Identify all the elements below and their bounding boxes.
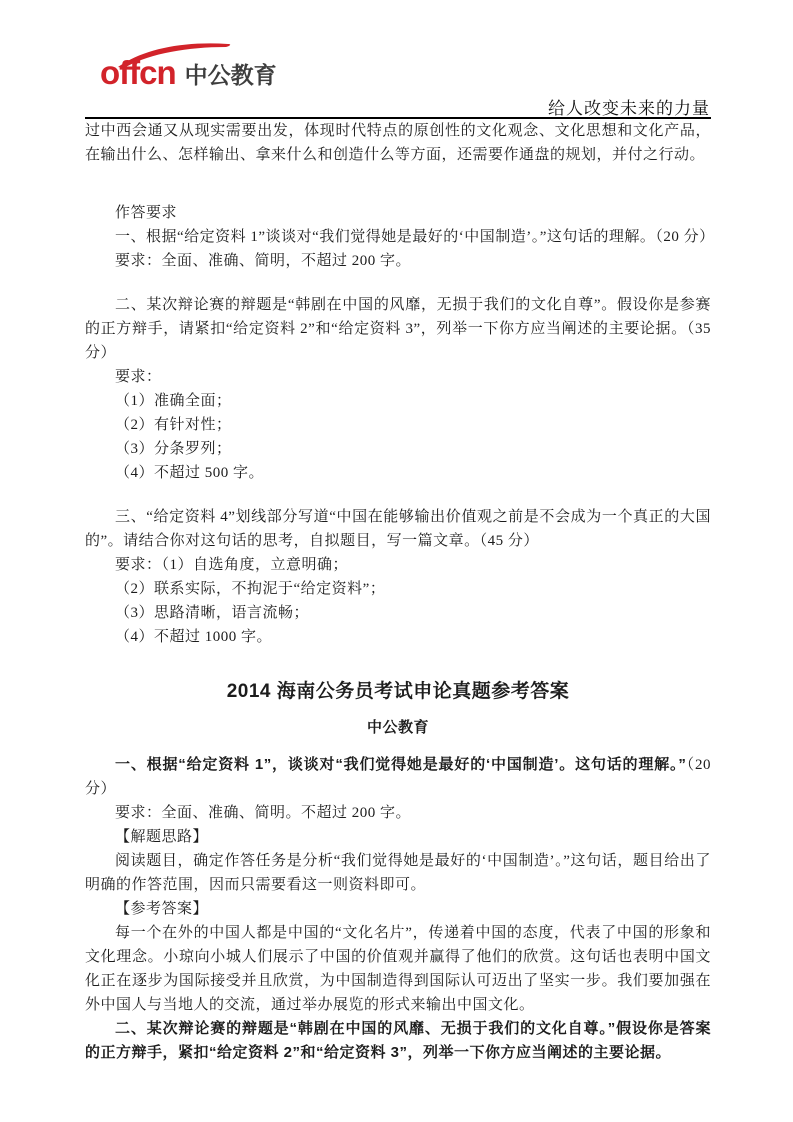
- question-1: 一、根据“给定资料 1”谈谈对“我们觉得她是最好的‘中国制造’。”这句话的理解。…: [85, 225, 711, 249]
- offcn-logo: offcn 中公教育: [100, 56, 277, 89]
- bold-text-run: 一、根据“给定资料 1”，谈谈对“我们觉得她是最好的‘中国制造’。这句话的理解。…: [115, 756, 686, 773]
- question-3: 三、“给定资料 4”划线部分写道“中国在能够输出价值观之前是不会成为一个真正的大…: [85, 505, 711, 553]
- question-2-requirement-label: 要求：: [85, 365, 711, 389]
- answer-question-1-requirement: 要求：全面、准确、简明。不超过 200 字。: [85, 801, 711, 825]
- slogan-text: 给人改变未来的力量: [548, 94, 710, 119]
- continuation-paragraph: 过中西会通又从现实需要出发，体现时代特点的原创性的文化观念、文化思想和文化产品，…: [85, 119, 711, 167]
- analysis-paragraph: 阅读题目，确定作答任务是分析“我们觉得她是最好的‘中国制造’。”这句话，题目给出…: [85, 849, 711, 897]
- question-2: 二、某次辩论赛的辩题是“韩剧在中国的风靡，无损于我们的文化自尊”。假设你是参赛的…: [85, 293, 711, 365]
- reference-answer-paragraph: 每一个在外的中国人都是中国的“文化名片”，传递着中国的态度，代表了中国的形象和文…: [85, 921, 711, 1017]
- question-3-requirement-1: 要求：（1）自选角度，立意明确；: [85, 553, 711, 577]
- question-3-requirement-4: （4）不超过 1000 字。: [85, 625, 711, 649]
- answers-subtitle: 中公教育: [85, 717, 711, 739]
- question-3-requirement-2: （2）联系实际，不拘泥于“给定资料”；: [85, 577, 711, 601]
- question-2-requirement-4: （4）不超过 500 字。: [85, 461, 711, 485]
- question-3-requirement-3: （3）思路清晰，语言流畅；: [85, 601, 711, 625]
- answer-requirements-heading: 作答要求: [85, 201, 711, 225]
- question-2-requirement-3: （3）分条罗列；: [85, 437, 711, 461]
- logo-swoosh-icon: [116, 41, 234, 74]
- question-1-requirement: 要求：全面、准确、简明，不超过 200 字。: [85, 249, 711, 273]
- question-2-requirement-1: （1）准确全面；: [85, 389, 711, 413]
- document-page: offcn 中公教育 给人改变未来的力量 过中西会通又从现实需要出发，体现时代特…: [0, 0, 793, 1122]
- answers-title: 2014 海南公务员考试申论真题参考答案: [85, 677, 711, 707]
- answer-question-2: 二、某次辩论赛的辩题是“韩剧在中国的风靡、无损于我们的文化自尊。”假设你是答案的…: [85, 1017, 711, 1065]
- question-2-requirement-2: （2）有针对性；: [85, 413, 711, 437]
- analysis-label: 【解题思路】: [85, 825, 711, 849]
- answer-question-1: 一、根据“给定资料 1”，谈谈对“我们觉得她是最好的‘中国制造’。这句话的理解。…: [85, 753, 711, 801]
- document-body: 过中西会通又从现实需要出发，体现时代特点的原创性的文化观念、文化思想和文化产品，…: [85, 119, 711, 1065]
- reference-answer-label: 【参考答案】: [85, 897, 711, 921]
